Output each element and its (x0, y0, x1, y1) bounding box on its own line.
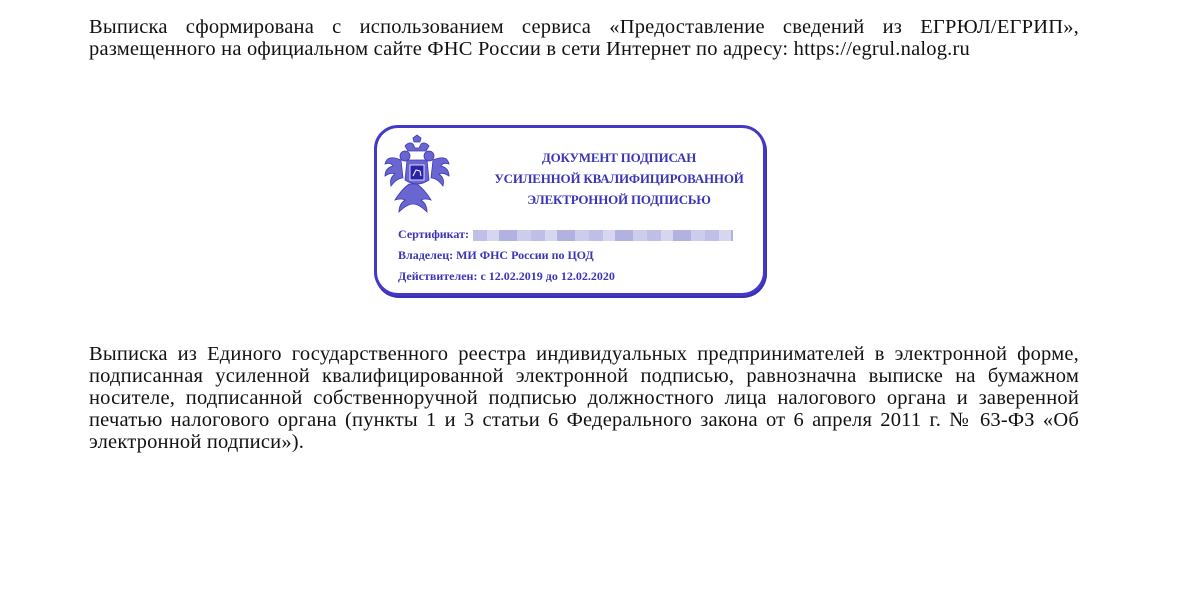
russian-coat-of-arms-icon (383, 134, 451, 216)
stamp-title-line: ДОКУМЕНТ ПОДПИСАН (469, 147, 769, 168)
owner-row: Владелец: МИ ФНС России по ЦОД (398, 245, 733, 266)
intro-paragraph: Выписка сформирована с использованием се… (89, 16, 1079, 60)
stamp-title-line: ЭЛЕКТРОННОЙ ПОДПИСЬЮ (469, 189, 769, 210)
stamp-title-line: УСИЛЕННОЙ КВАЛИФИЦИРОВАННОЙ (469, 168, 769, 189)
certificate-row: Сертификат: (398, 224, 733, 245)
legal-notice-paragraph: Выписка из Единого государственного реес… (89, 343, 1079, 453)
stamp-title: ДОКУМЕНТ ПОДПИСАН УСИЛЕННОЙ КВАЛИФИЦИРОВ… (469, 147, 769, 210)
validity-row: Действителен: с 12.02.2019 до 12.02.2020 (398, 266, 733, 287)
stamp-info: Сертификат: Владелец: МИ ФНС России по Ц… (398, 224, 733, 287)
electronic-signature-stamp: ДОКУМЕНТ ПОДПИСАН УСИЛЕННОЙ КВАЛИФИЦИРОВ… (374, 125, 766, 296)
certificate-number-redacted (473, 230, 733, 241)
certificate-label: Сертификат: (398, 227, 469, 241)
